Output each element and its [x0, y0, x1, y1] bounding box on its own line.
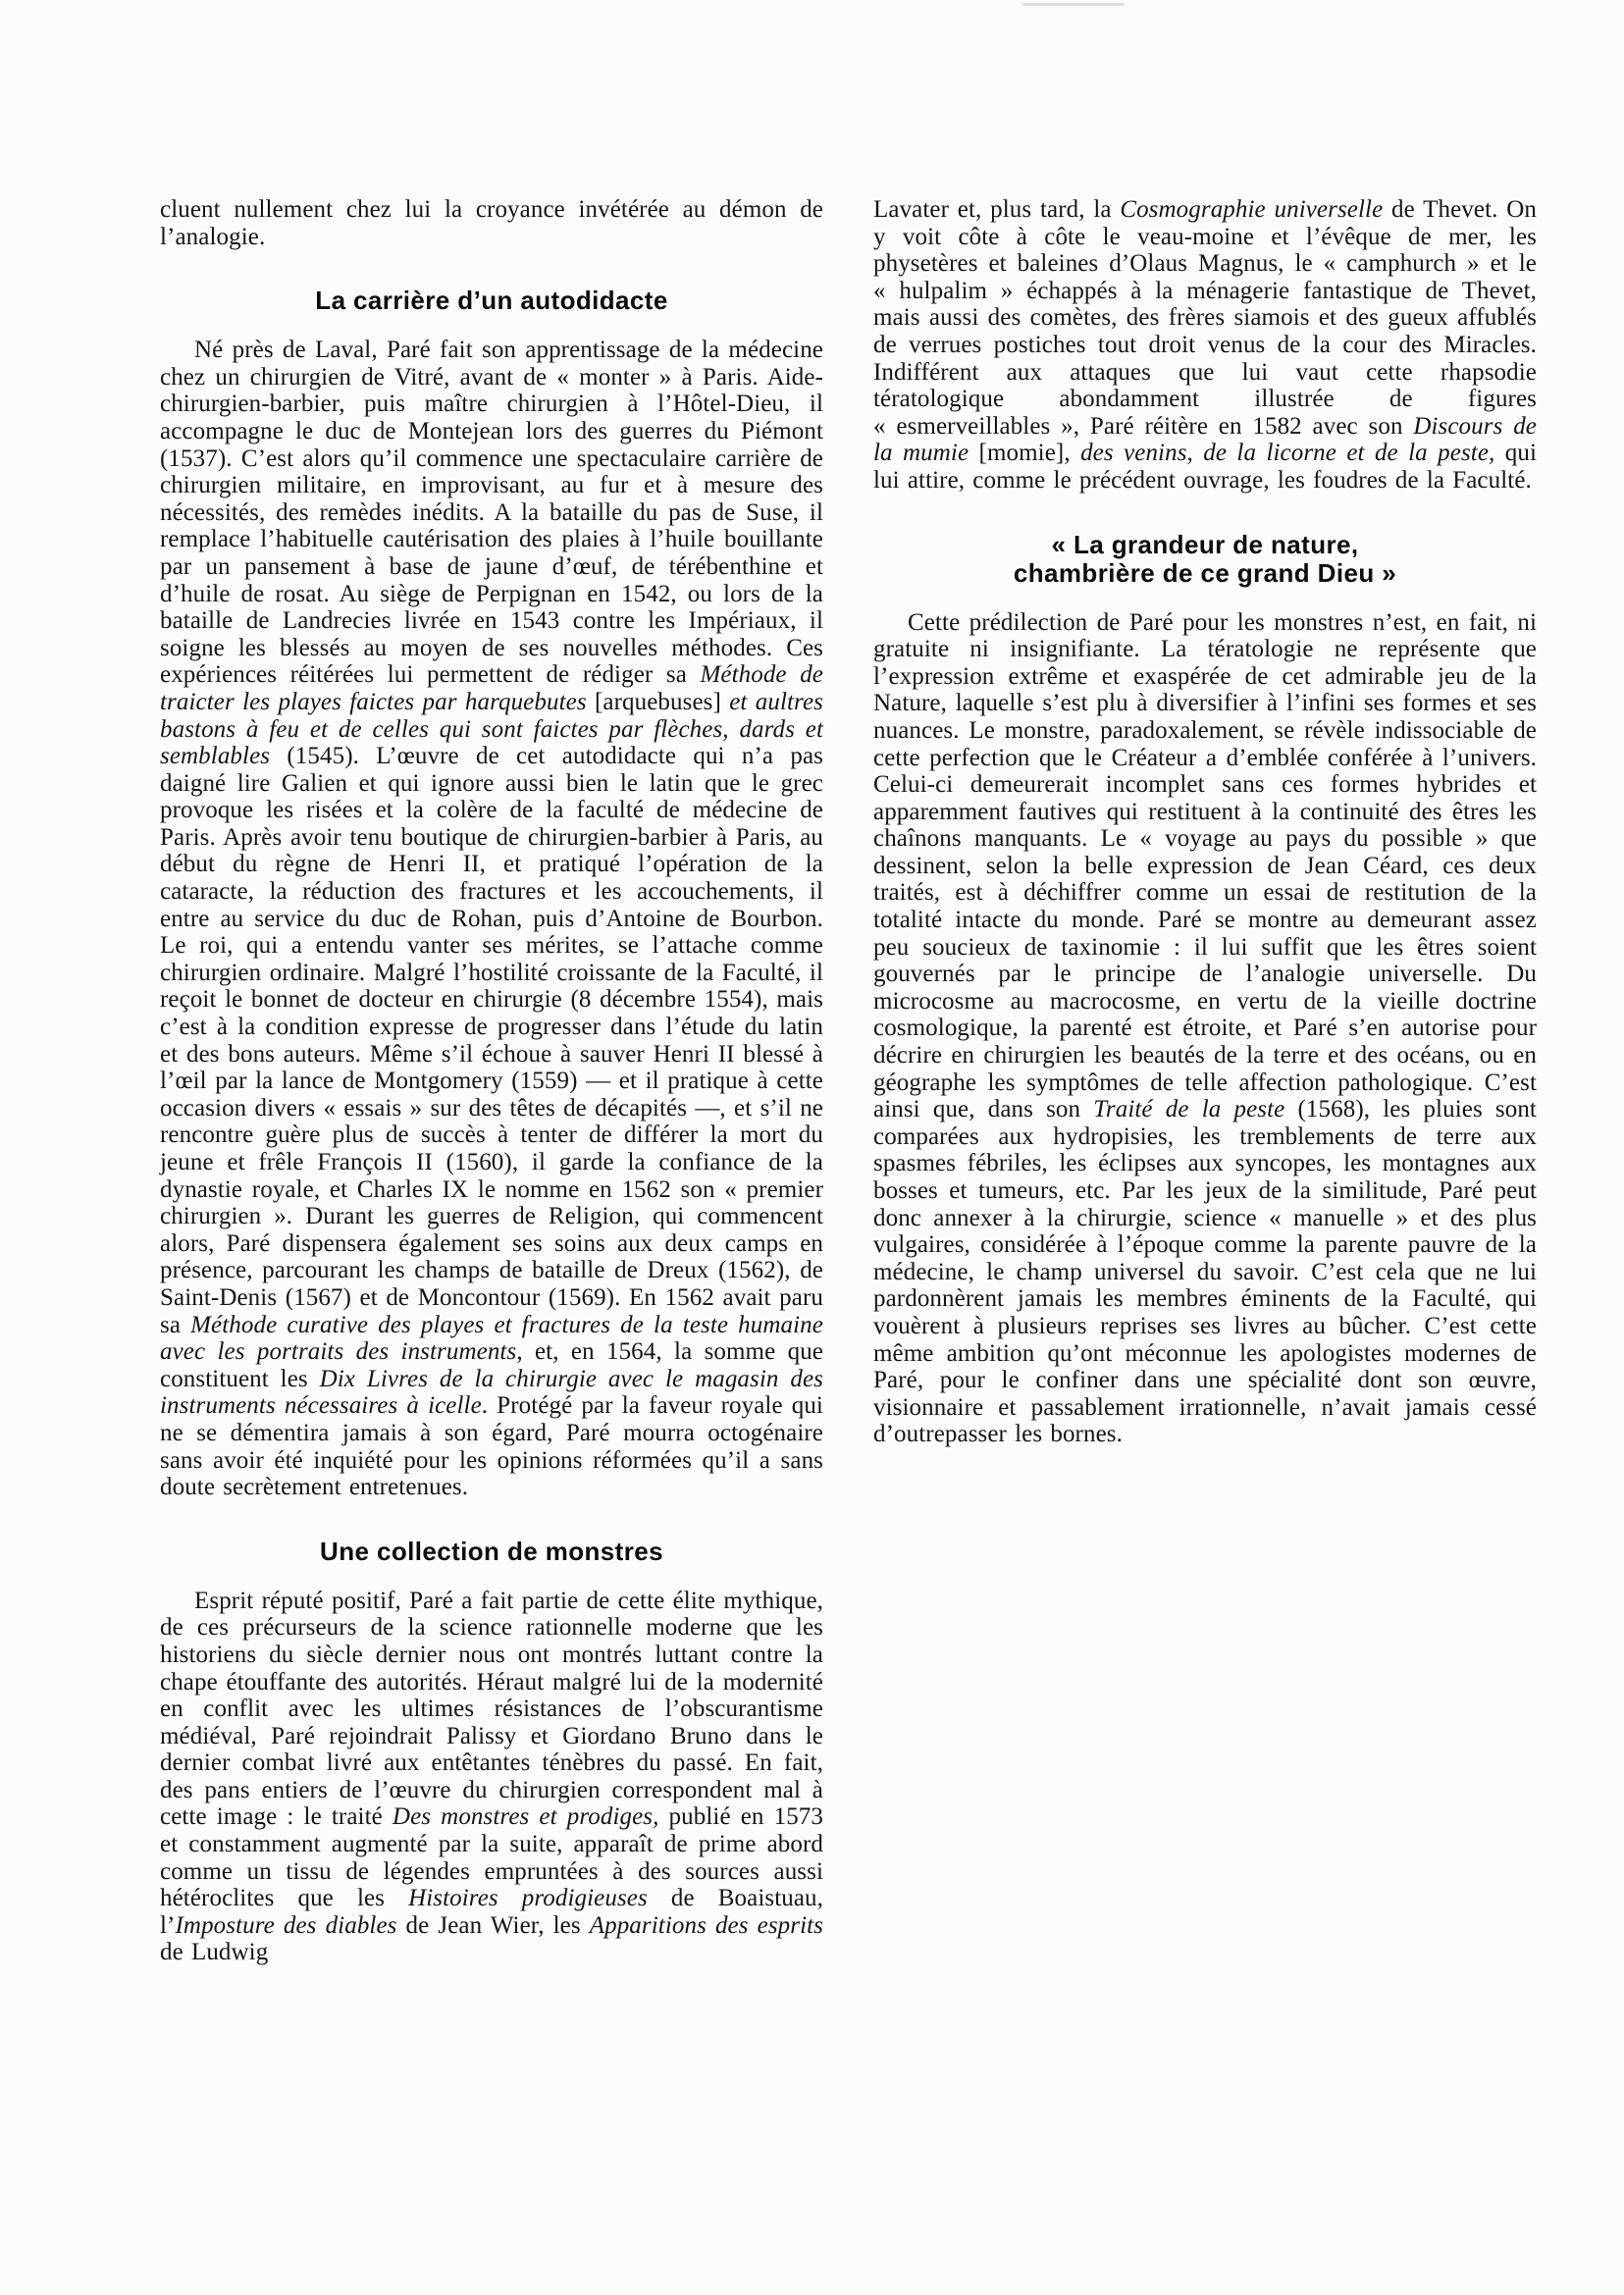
paragraph-carriere-autodidacte: Né près de Laval, Paré fait son apprenti…: [160, 337, 823, 1501]
scan-noise-mark: [1022, 3, 1125, 6]
section-heading-carriere-autodidacte: La carrière d’un autodidacte: [160, 287, 823, 315]
paragraph-grandeur-de-nature: Cette prédilection de Paré pour les mons…: [873, 609, 1537, 1448]
section-heading-collection-monstres: Une collection de monstres: [160, 1538, 823, 1566]
continuation-paragraph-lavater: Lavater et, plus tard, la Cosmographie u…: [873, 196, 1537, 495]
paragraph-collection-monstres: Esprit réputé positif, Paré a fait parti…: [160, 1588, 823, 1966]
section-heading-grandeur-de-nature: « La grandeur de nature,chambrière de ce…: [873, 531, 1537, 588]
right-text-column: Lavater et, plus tard, la Cosmographie u…: [873, 196, 1537, 1448]
heading-line-2: chambrière de ce grand Dieu »: [1014, 558, 1396, 588]
left-text-column: cluent nullement chez lui la croyance in…: [160, 196, 823, 1966]
scanned-document-page: { "page": { "background_color": "#fcfcfa…: [0, 0, 1624, 2295]
continuation-paragraph-analogie: cluent nullement chez lui la croyance in…: [160, 196, 823, 250]
heading-line-1: « La grandeur de nature,: [1051, 530, 1358, 559]
